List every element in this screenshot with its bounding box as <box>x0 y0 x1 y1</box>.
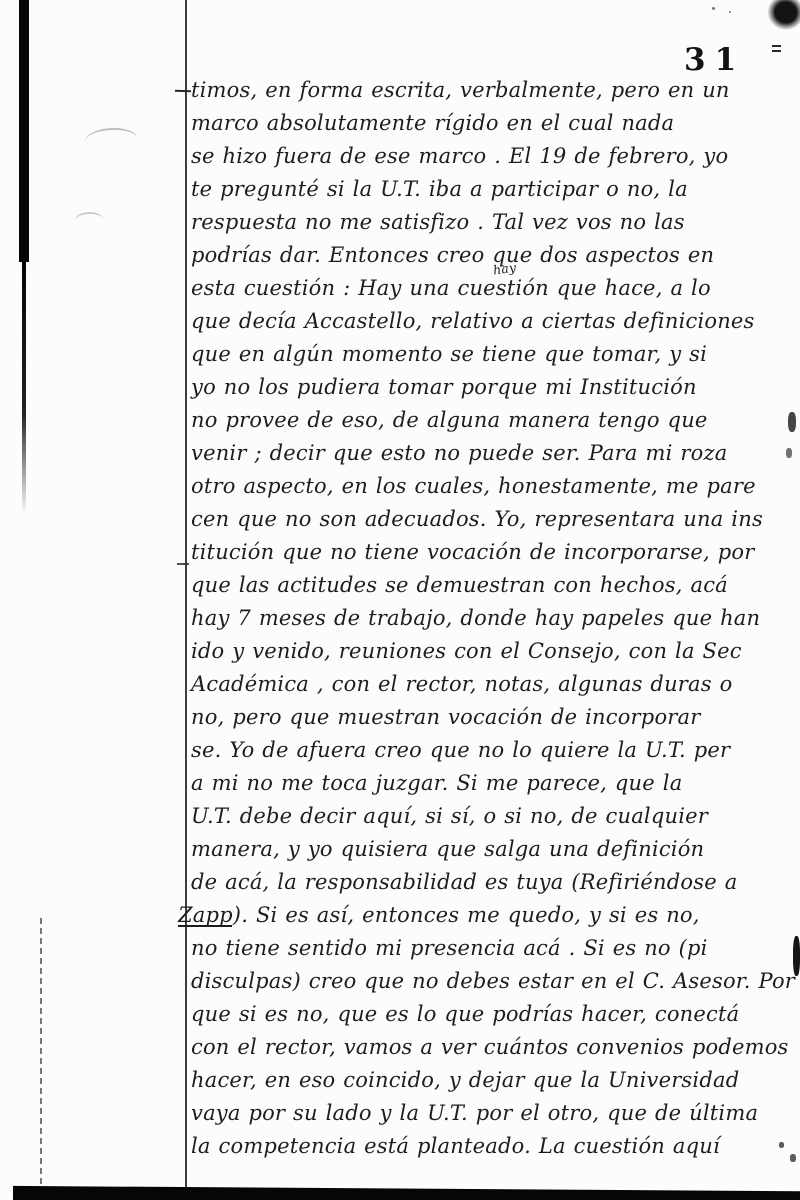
handwritten-line: hay 7 meses de trabajo, donde hay papele… <box>191 602 800 635</box>
handwritten-line: U.T. debe decir aquí, si sí, o si no, de… <box>191 800 800 833</box>
handwritten-line: marco absolutamente rígido en el cual na… <box>191 107 800 140</box>
handwritten-line: timos, en forma escrita, verbalmente, pe… <box>191 74 800 107</box>
binding-edge-taper <box>22 262 26 514</box>
handwritten-line: que las actitudes se demuestran con hech… <box>191 569 800 602</box>
margin-tick <box>175 90 191 93</box>
handwritten-line: te pregunté si la U.T. iba a participar … <box>191 173 800 206</box>
zapp-underline-stroke <box>178 925 232 927</box>
scan-edge-bottom-bar <box>13 1184 800 1200</box>
handwritten-line: titución que no tiene vocación de incorp… <box>191 536 800 569</box>
handwritten-line: la competencia está planteado. La cuesti… <box>191 1130 800 1163</box>
handwritten-line: ido y venido, reuniones con el Consejo, … <box>191 635 800 668</box>
pencil-mark <box>75 212 103 221</box>
interlinear-insertion: hay <box>492 259 517 277</box>
crease-dashed-line <box>40 918 42 1184</box>
handwritten-line: a mi no me toca juzgar. Si me parece, qu… <box>191 767 800 800</box>
handwritten-line: que en algún momento se tiene que tomar,… <box>191 338 800 371</box>
page-number: 31 <box>684 42 745 78</box>
handwritten-line: no tiene sentido mi presencia acá . Si e… <box>191 932 800 965</box>
handwritten-line: disculpas) creo que no debes estar en el… <box>191 965 800 998</box>
ink-speck <box>712 7 715 10</box>
handwritten-line: no provee de eso, de alguna manera tengo… <box>191 404 800 437</box>
handwritten-line: manera, y yo quisiera que salga una defi… <box>191 833 800 866</box>
ink-speck <box>729 11 731 13</box>
binding-edge-bar <box>19 0 29 262</box>
handwritten-line: que decía Accastello, relativo a ciertas… <box>191 305 800 338</box>
handwritten-line: de acá, la responsabilidad es tuya (Refi… <box>191 866 800 899</box>
handwritten-line: con el rector, vamos a ver cuántos conve… <box>191 1031 800 1064</box>
handwritten-line: que si es no, que es lo que podrías hace… <box>191 998 800 1031</box>
margin-rule-line <box>185 0 187 1188</box>
handwritten-line: Académica , con el rector, notas, alguna… <box>191 668 800 701</box>
scanned-manuscript-page: 31 timos, en forma escrita, verbalmente,… <box>0 0 800 1200</box>
handwritten-text-block: timos, en forma escrita, verbalmente, pe… <box>191 74 800 1163</box>
handwritten-line: otro aspecto, en los cuales, honestament… <box>191 470 800 503</box>
handwritten-line: yo no los pudiera tomar porque mi Instit… <box>191 371 800 404</box>
handwritten-line: hacer, en eso coincido, y dejar que la U… <box>191 1064 800 1097</box>
handwritten-line: se. Yo de afuera creo que no lo quiere l… <box>191 734 800 767</box>
handwritten-line: cen que no son adecuados. Yo, representa… <box>191 503 800 536</box>
pencil-mark <box>85 127 138 142</box>
handwritten-line: vaya por su lado y la U.T. por el otro, … <box>191 1097 800 1130</box>
handwritten-line-zapp: Zapp). Si es así, entonces me quedo, y s… <box>178 899 800 932</box>
handwritten-line: venir ; decir que esto no puede ser. Par… <box>191 437 800 470</box>
corner-squiggle-mark <box>772 42 781 58</box>
handwritten-line: no, pero que muestran vocación de incorp… <box>191 701 800 734</box>
margin-tick <box>177 563 189 565</box>
handwritten-line: respuesta no me satisfizo . Tal vez vos … <box>191 206 800 239</box>
handwritten-line: se hizo fuera de ese marco . El 19 de fe… <box>191 140 800 173</box>
